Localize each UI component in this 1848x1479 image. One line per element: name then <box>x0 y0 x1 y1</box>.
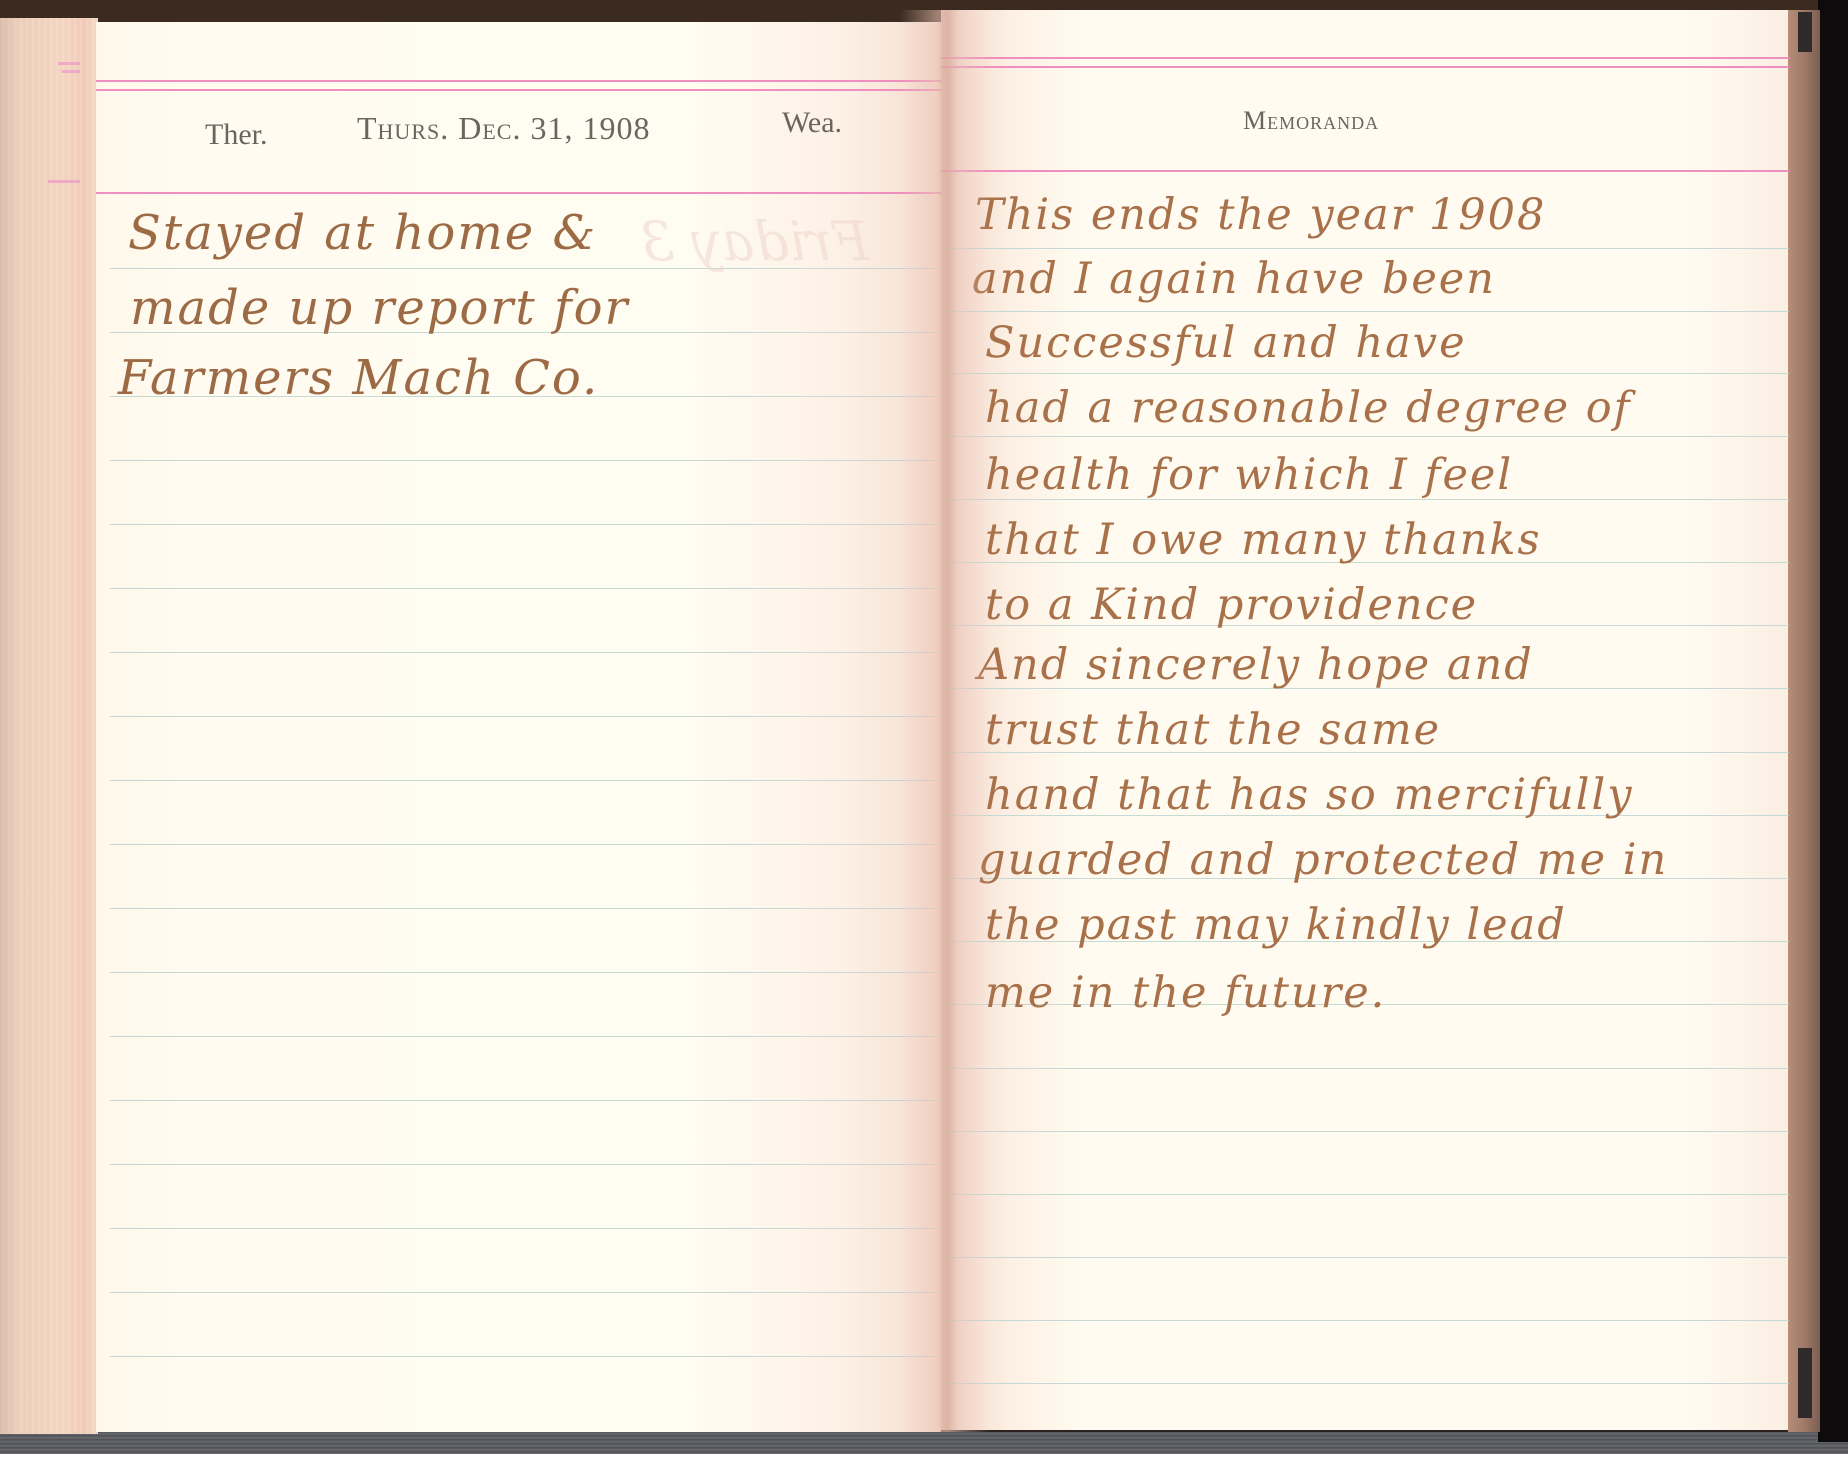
entry-line: Stayed at home & <box>128 205 597 261</box>
ruled-line <box>110 972 940 973</box>
ruled-line <box>941 248 1789 249</box>
memoranda-title: Memoranda <box>1243 106 1379 136</box>
memo-header-top-rule-2 <box>941 66 1789 68</box>
ruled-line <box>110 908 940 909</box>
memo-line: and I again have been <box>972 254 1496 304</box>
header-top-rule-2 <box>96 89 941 91</box>
ruled-line <box>110 844 940 845</box>
memo-line: This ends the year 1908 <box>975 190 1546 240</box>
entry-line: Farmers Mach Co. <box>118 350 599 406</box>
memo-line: guarded and protected me in <box>978 835 1668 885</box>
ruled-line <box>941 1068 1789 1069</box>
ruled-line <box>110 780 940 781</box>
memo-line: hand that has so mercifully <box>985 770 1633 820</box>
ruled-line <box>110 1292 940 1293</box>
ruled-line <box>110 716 940 717</box>
memo-header-top-rule <box>941 57 1789 59</box>
right-page-edge <box>1788 10 1820 1432</box>
memo-line: And sincerely hope and <box>978 640 1534 690</box>
memo-line: had a reasonable degree of <box>985 383 1632 433</box>
book-cover-right-edge <box>1818 0 1848 1442</box>
ruled-line <box>941 436 1789 437</box>
stack-pink-tick <box>58 62 80 65</box>
header-bottom-rule <box>96 192 941 194</box>
stack-pink-tick <box>62 70 80 73</box>
memo-line: health for which I feel <box>985 450 1513 500</box>
ther-label: Ther. <box>205 118 267 152</box>
memo-line: that I owe many thanks <box>985 515 1542 565</box>
ruled-line <box>941 373 1789 374</box>
memo-line: trust that the same <box>985 705 1441 755</box>
ruled-line <box>941 1320 1789 1321</box>
memo-line: the past may kindly lead <box>985 900 1567 950</box>
ruled-line <box>110 460 940 461</box>
memo-line: to a Kind providence <box>985 580 1478 630</box>
ruled-line <box>110 1356 940 1357</box>
ruled-line <box>941 1383 1789 1384</box>
memo-line: Successful and have <box>985 318 1467 368</box>
memo-header-bottom-rule <box>941 170 1789 172</box>
entry-line: made up report for <box>130 280 630 336</box>
page-stack-edge <box>0 18 98 1434</box>
stack-pink-tick <box>48 180 80 183</box>
ruled-line <box>110 1228 940 1229</box>
ink-bleed-through: Friday 3 <box>640 210 869 273</box>
ruled-line <box>110 1036 940 1037</box>
ruled-line <box>941 1194 1789 1195</box>
ruled-line <box>941 1257 1789 1258</box>
memo-line: me in the future. <box>985 968 1386 1018</box>
diary-scan: Ther. Thurs. Dec. 31, 1908 Wea. Friday 3… <box>0 0 1848 1479</box>
ruled-line <box>110 1164 940 1165</box>
ruled-line <box>110 1100 940 1101</box>
edge-mark <box>1798 12 1812 52</box>
header-top-rule <box>96 80 941 82</box>
ruled-line <box>941 311 1789 312</box>
wea-label: Wea. <box>782 106 842 140</box>
ruled-line <box>110 524 940 525</box>
ruled-line <box>110 652 940 653</box>
ruled-line <box>110 588 940 589</box>
book-cover-bottom-edge <box>0 1432 1848 1454</box>
date-header: Thurs. Dec. 31, 1908 <box>357 110 650 147</box>
ruled-line <box>941 1131 1789 1132</box>
edge-mark <box>1798 1348 1812 1418</box>
